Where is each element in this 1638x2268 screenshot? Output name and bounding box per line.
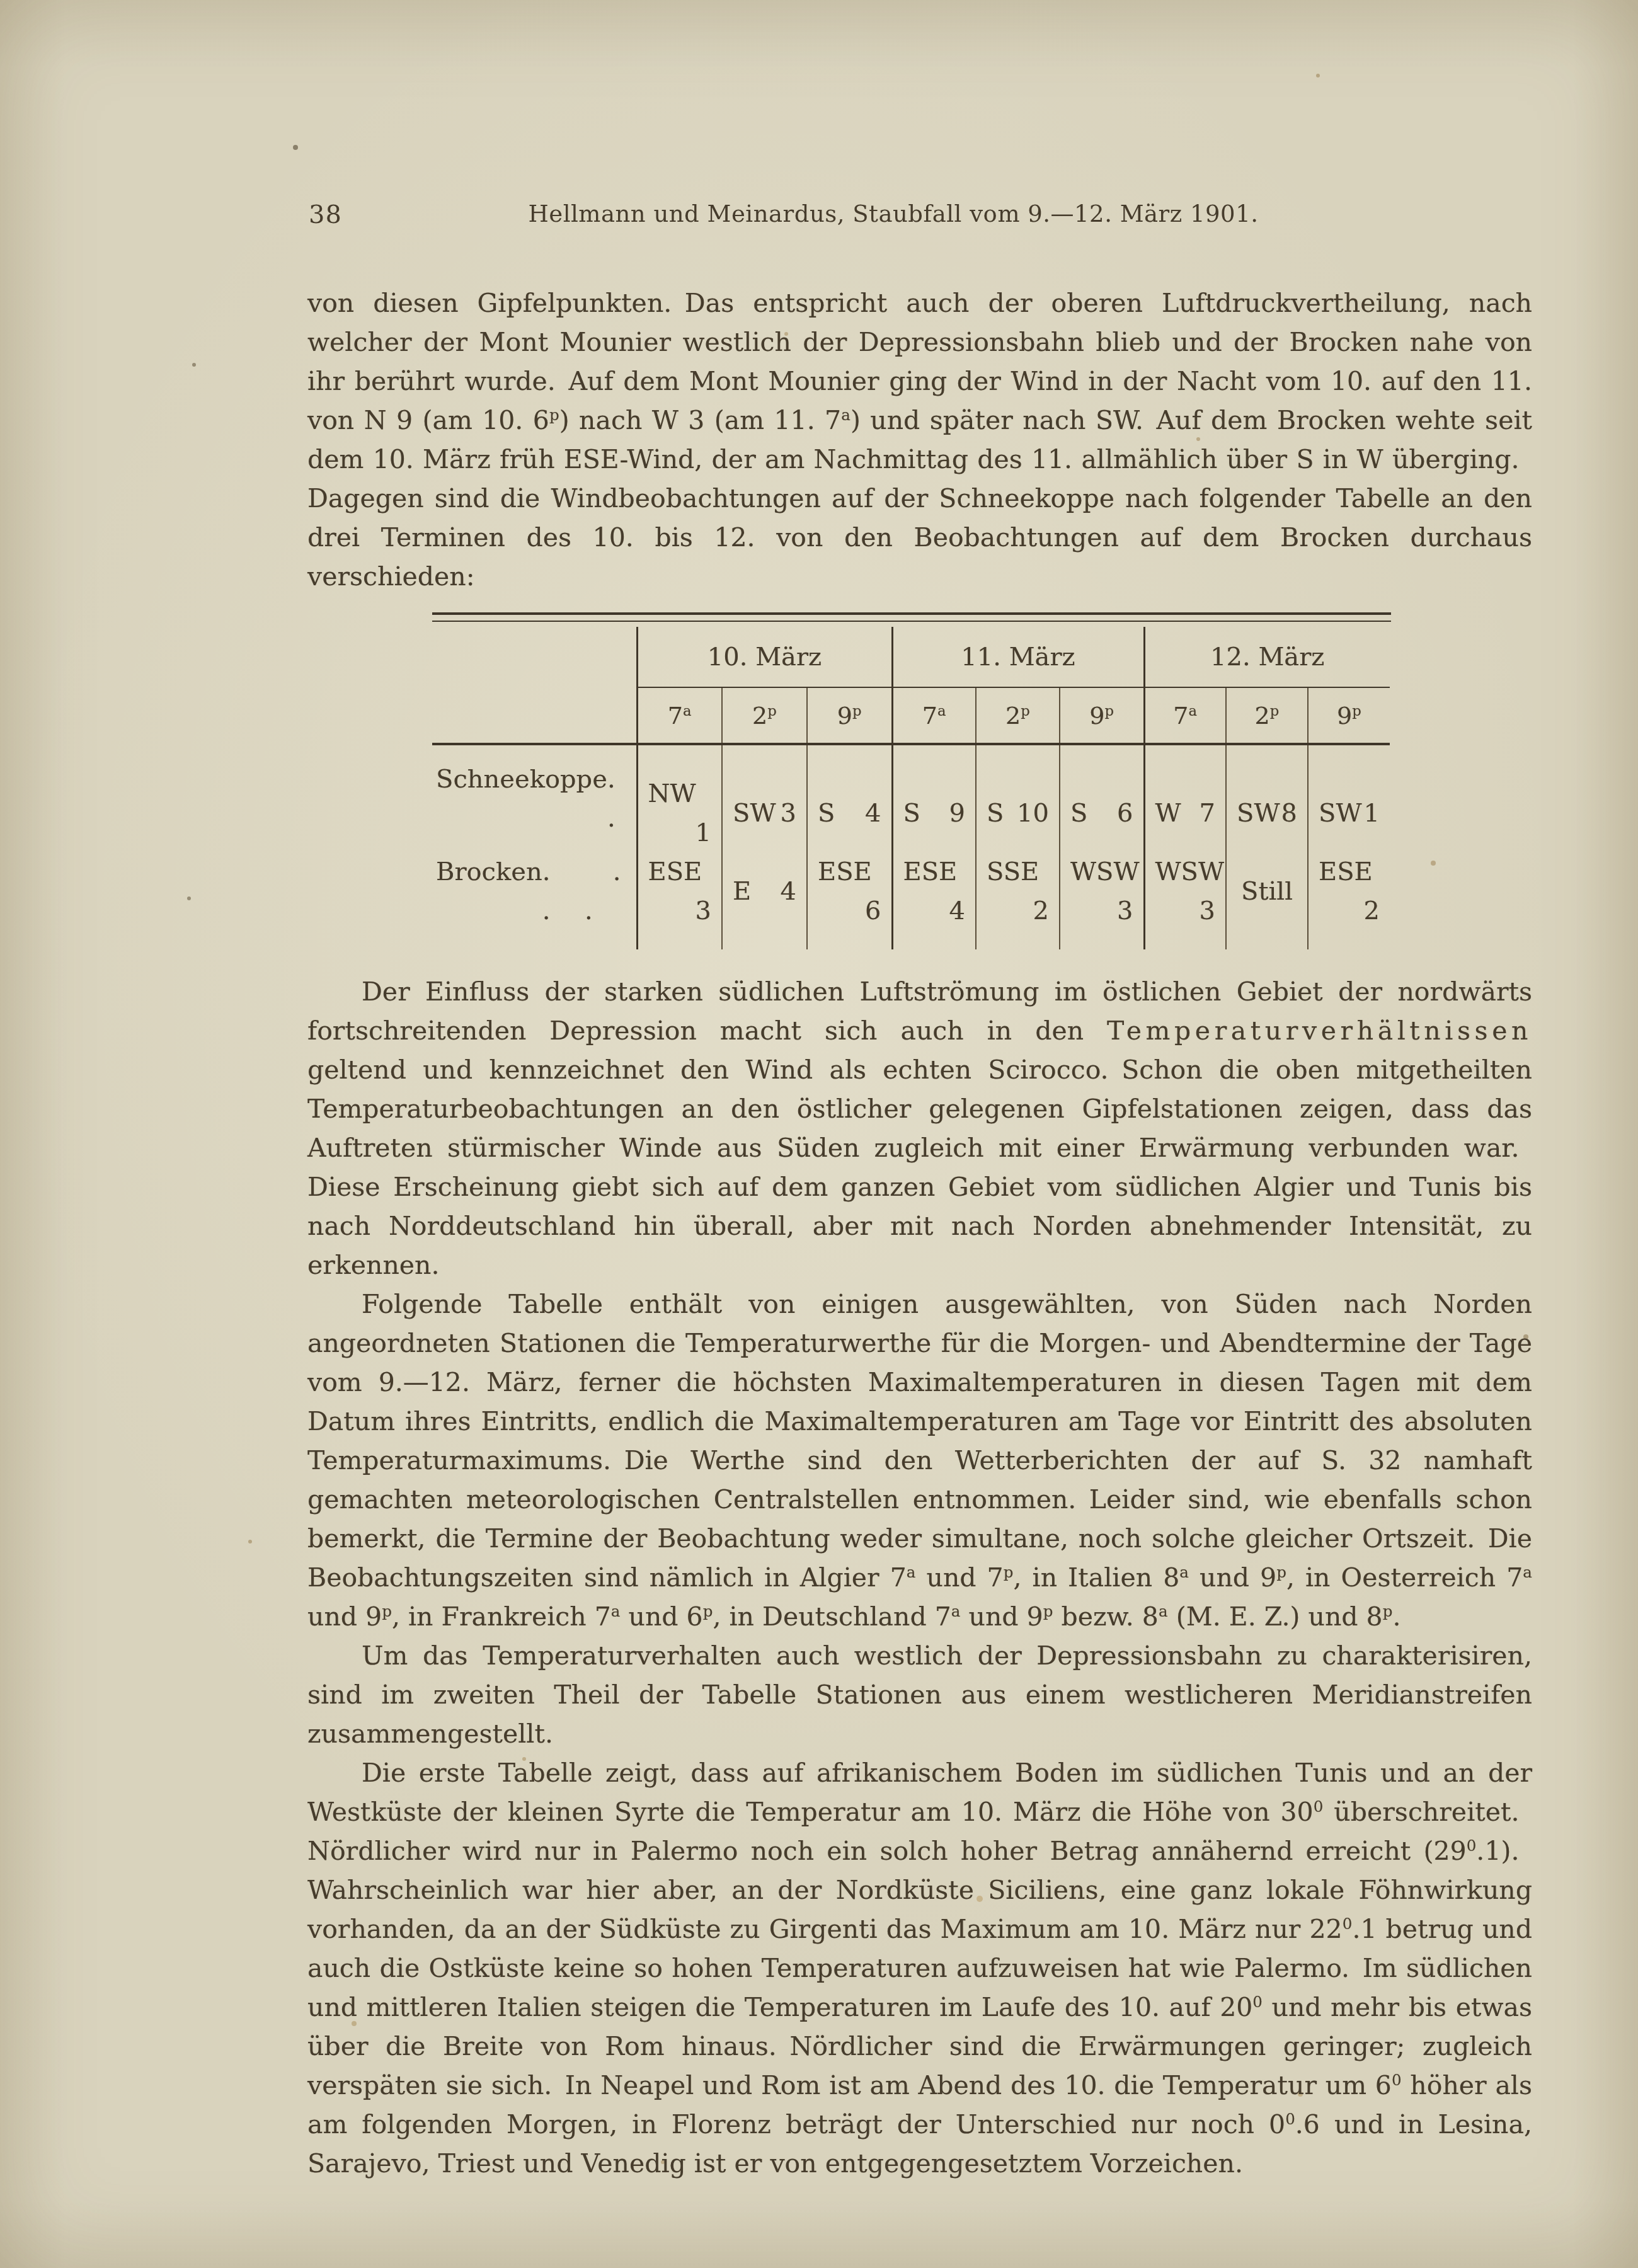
table-time-header-row: 7a 2p 9p 7a 2p 9p 7a 2p 9p [432, 687, 1390, 744]
table-tail-spacer-row [432, 931, 1390, 949]
paragraph-5: Die erste Tabelle zeigt, dass auf afrika… [307, 1753, 1532, 2183]
wind-observations-table-figure: 10. März 11. März 12. März 7a 2p 9p 7a 2… [432, 612, 1391, 949]
running-header: 38 Hellmann und Meinardus, Staubfall vom… [307, 200, 1532, 227]
wind-cell: ESE4 [892, 852, 976, 931]
wind-cell: WSW3 [1144, 852, 1226, 931]
table-row-schneekoppe: Schneekoppe . . NW1 SW3 S4 S9 S10 S6 W7 … [432, 744, 1390, 852]
leader-dots: . . . . [542, 852, 625, 931]
paragraph-1: von diesen Gipfelpunkten. Das entspricht… [307, 283, 1532, 596]
time-header: 2p [1226, 687, 1308, 744]
wind-cell: E4 [722, 852, 807, 931]
wind-cell: S4 [807, 744, 892, 852]
wind-cell: S6 [1060, 744, 1144, 852]
time-header: 9p [1308, 687, 1390, 744]
wind-cell: S9 [892, 744, 976, 852]
page-number: 38 [309, 200, 342, 229]
time-header: 2p [976, 687, 1060, 744]
wind-cell: NW1 [637, 744, 722, 852]
table-row-brocken: Brocken . . . . ESE3 E4 ESE6 ESE4 SSE2 W… [432, 852, 1390, 931]
wind-cell: ESE6 [807, 852, 892, 931]
scanned-document-page: 38 Hellmann und Meinardus, Staubfall vom… [0, 0, 1638, 2268]
wind-cell: ESE2 [1308, 852, 1390, 931]
table-top-rule-thin [432, 621, 1391, 622]
wind-cell-still: Still [1226, 852, 1308, 931]
station-name: Schneekoppe [436, 760, 607, 799]
table-day-header-row: 10. März 11. März 12. März [432, 627, 1390, 687]
leader-dots: . . [607, 760, 625, 838]
wind-cell: SSE2 [976, 852, 1060, 931]
stub-blank [432, 687, 637, 744]
wind-cell: ESE3 [637, 852, 722, 931]
day-header-11-maerz: 11. März [892, 627, 1144, 687]
running-title: Hellmann und Meinardus, Staubfall vom 9.… [529, 200, 1259, 227]
time-header: 7a [637, 687, 722, 744]
station-label-cell: Schneekoppe . . [432, 744, 637, 852]
body-text: von diesen Gipfelpunkten. Das entspricht… [307, 283, 1532, 2183]
table-top-rule-thick [432, 612, 1391, 615]
wind-cell: SW3 [722, 744, 807, 852]
wind-cell: S10 [976, 744, 1060, 852]
wind-cell: SW8 [1226, 744, 1308, 852]
paragraph-2: Der Einfluss der starken südlichen Lufts… [307, 972, 1532, 1285]
time-header: 9p [807, 687, 892, 744]
paragraph-3: Folgende Tabelle enthält von einigen aus… [307, 1285, 1532, 1636]
station-name: Brocken [436, 852, 542, 891]
time-header: 7a [892, 687, 976, 744]
stub-blank [432, 627, 637, 687]
day-header-10-maerz: 10. März [637, 627, 892, 687]
wind-cell: WSW3 [1060, 852, 1144, 931]
time-header: 9p [1060, 687, 1144, 744]
day-header-12-maerz: 12. März [1144, 627, 1390, 687]
time-header: 2p [722, 687, 807, 744]
wind-table: 10. März 11. März 12. März 7a 2p 9p 7a 2… [432, 627, 1390, 949]
paragraph-4: Um das Temperaturverhalten auch westlich… [307, 1636, 1532, 1753]
paper-flecks [0, 0, 3, 3]
station-label-cell: Brocken . . . . [432, 852, 637, 931]
wind-cell: SW1 [1308, 744, 1390, 852]
time-header: 7a [1144, 687, 1226, 744]
wind-cell: W7 [1144, 744, 1226, 852]
